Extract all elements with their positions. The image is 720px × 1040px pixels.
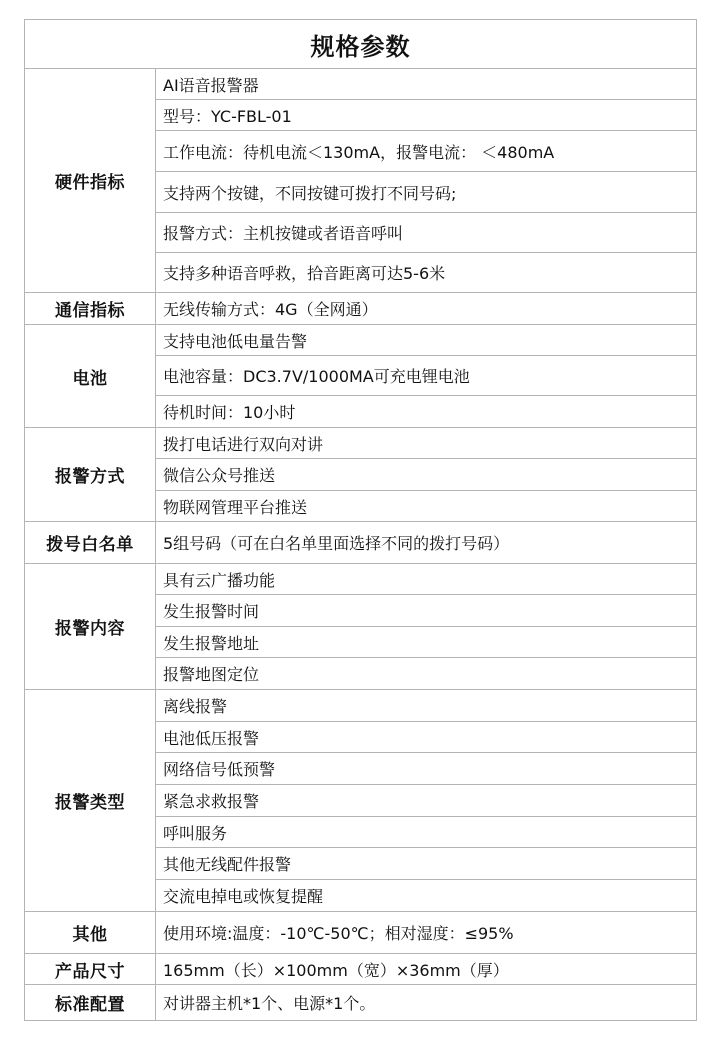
- page-title: 规格参数: [25, 20, 697, 69]
- category-label: 其他: [25, 912, 156, 954]
- spec-value: 支持电池低电量告警: [156, 325, 697, 356]
- spec-value: 离线报警: [156, 690, 697, 722]
- category-label: 报警方式: [25, 428, 156, 522]
- table-row: 其他使用环境:温度：-10℃-50℃；相对湿度：≤95%: [25, 912, 697, 954]
- spec-value: 网络信号低预警: [156, 753, 697, 785]
- spec-value: 电池容量：DC3.7V/1000MA可充电锂电池: [156, 356, 697, 396]
- spec-value: AI语音报警器: [156, 69, 697, 100]
- title-row: 规格参数: [25, 20, 697, 69]
- spec-value: 交流电掉电或恢复提醒: [156, 880, 697, 912]
- table-row: 报警内容具有云广播功能: [25, 564, 697, 595]
- table-row: 报警方式拨打电话进行双向对讲: [25, 428, 697, 459]
- category-label: 报警类型: [25, 690, 156, 912]
- spec-value: 165mm（长）×100mm（宽）×36mm（厚）: [156, 954, 697, 985]
- spec-value: 无线传输方式：4G（全网通）: [156, 293, 697, 325]
- category-label: 产品尺寸: [25, 954, 156, 985]
- table-row: 硬件指标AI语音报警器: [25, 69, 697, 100]
- spec-value: 报警地图定位: [156, 658, 697, 690]
- spec-value: 电池低压报警: [156, 722, 697, 753]
- table-row: 通信指标无线传输方式：4G（全网通）: [25, 293, 697, 325]
- spec-value: 发生报警地址: [156, 627, 697, 658]
- spec-value: 呼叫服务: [156, 817, 697, 848]
- spec-value: 发生报警时间: [156, 595, 697, 627]
- spec-value: 具有云广播功能: [156, 564, 697, 595]
- category-label: 报警内容: [25, 564, 156, 690]
- category-label: 标准配置: [25, 985, 156, 1021]
- spec-value: 报警方式：主机按键或者语音呼叫: [156, 213, 697, 253]
- spec-table-body: 规格参数 硬件指标AI语音报警器型号：YC-FBL-01工作电流：待机电流＜13…: [25, 20, 697, 1021]
- spec-value: 型号：YC-FBL-01: [156, 100, 697, 131]
- spec-value: 紧急求救报警: [156, 785, 697, 817]
- category-label: 拨号白名单: [25, 522, 156, 564]
- spec-value: 其他无线配件报警: [156, 848, 697, 880]
- table-row: 产品尺寸165mm（长）×100mm（宽）×36mm（厚）: [25, 954, 697, 985]
- spec-value: 物联网管理平台推送: [156, 491, 697, 522]
- spec-value: 拨打电话进行双向对讲: [156, 428, 697, 459]
- spec-value: 工作电流：待机电流＜130mA，报警电流： ＜480mA: [156, 131, 697, 172]
- spec-value: 支持两个按键，不同按键可拨打不同号码;: [156, 172, 697, 213]
- category-label: 硬件指标: [25, 69, 156, 293]
- spec-value: 微信公众号推送: [156, 459, 697, 491]
- category-label: 通信指标: [25, 293, 156, 325]
- spec-value: 对讲器主机*1个、电源*1个。: [156, 985, 697, 1021]
- spec-value: 支持多种语音呼救，拾音距离可达5-6米: [156, 253, 697, 293]
- spec-value: 待机时间：10小时: [156, 396, 697, 428]
- spec-table: 规格参数 硬件指标AI语音报警器型号：YC-FBL-01工作电流：待机电流＜13…: [24, 19, 697, 1021]
- category-label: 电池: [25, 325, 156, 428]
- table-row: 电池支持电池低电量告警: [25, 325, 697, 356]
- table-row: 拨号白名单5组号码（可在白名单里面选择不同的拨打号码）: [25, 522, 697, 564]
- spec-value: 5组号码（可在白名单里面选择不同的拨打号码）: [156, 522, 697, 564]
- table-row: 报警类型离线报警: [25, 690, 697, 722]
- table-row: 标准配置对讲器主机*1个、电源*1个。: [25, 985, 697, 1021]
- spec-value: 使用环境:温度：-10℃-50℃；相对湿度：≤95%: [156, 912, 697, 954]
